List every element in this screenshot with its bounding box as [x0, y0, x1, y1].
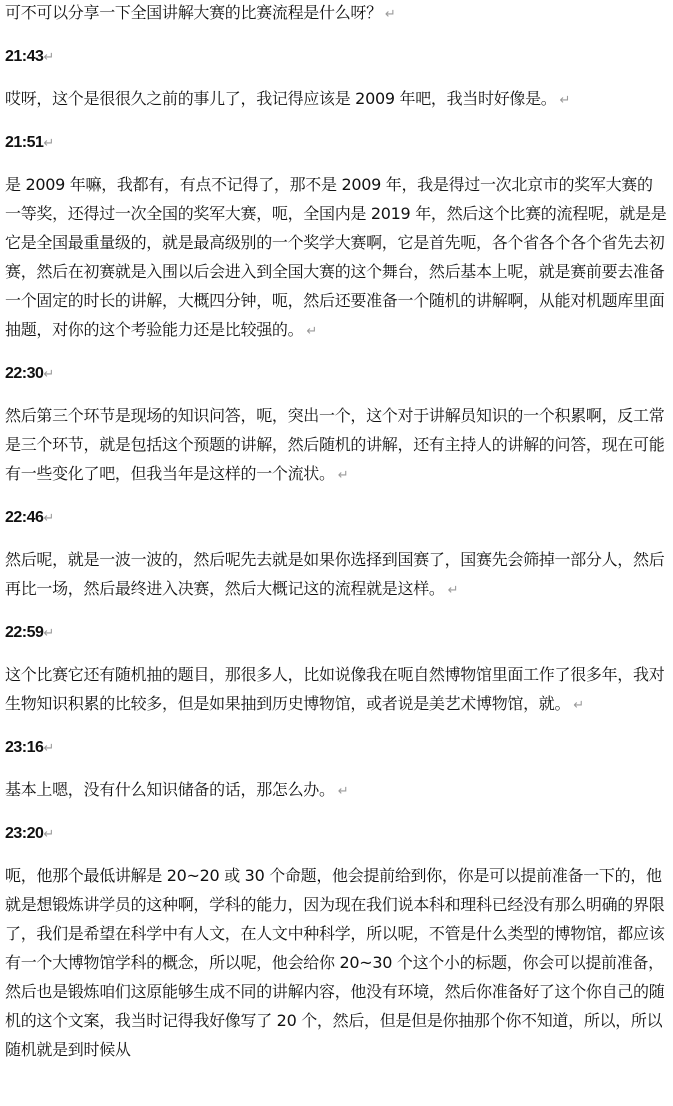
answer-paragraph: 是 2009 年嘛，我都有，有点不记得了，那不是 2009 年，我是得过一次北京… — [5, 170, 667, 346]
paragraph-mark-icon: ↵ — [385, 7, 396, 22]
paragraph-text: 然后第三个环节是现场的知识问答，呃，突出一个，这个对于讲解员知识的一个积累啊，反… — [5, 406, 664, 483]
answer-paragraph: 然后呢，就是一波一波的，然后呢先去就是如果你选择到国赛了，国赛先会筛掉一部分人，… — [5, 545, 667, 605]
paragraph-text: 然后呢，就是一波一波的，然后呢先去就是如果你选择到国赛了，国赛先会筛掉一部分人，… — [5, 550, 664, 598]
timestamp-text: 23:20 — [5, 825, 43, 842]
timestamp-text: 22:59 — [5, 624, 43, 641]
timestamp: 21:51↵ — [5, 128, 667, 157]
paragraph-mark-icon: ↵ — [43, 510, 53, 525]
transcript-document: 可不可以分享一下全国讲解大赛的比赛流程是什么呀？↵ 21:43↵ 哎呀，这个是很… — [0, 0, 673, 1064]
timestamp: 22:30↵ — [5, 359, 667, 388]
paragraph-mark-icon: ↵ — [560, 93, 571, 108]
timestamp: 22:46↵ — [5, 503, 667, 532]
timestamp-text: 22:46 — [5, 509, 43, 526]
answer-paragraph: 基本上嗯，没有什么知识储备的话，那怎么办。↵ — [5, 775, 667, 806]
timestamp: 23:16↵ — [5, 733, 667, 762]
answer-paragraph: 哎呀，这个是很很久之前的事儿了，我记得应该是 2009 年吧，我当时好像是。↵ — [5, 84, 667, 115]
paragraph-mark-icon: ↵ — [43, 135, 53, 150]
paragraph-text: 呃，他那个最低讲解是 20~20 或 30 个命题，他会提前给到你，你是可以提前… — [5, 866, 664, 1059]
timestamp-text: 21:51 — [5, 134, 43, 151]
paragraph-mark-icon: ↵ — [306, 324, 317, 339]
paragraph-mark-icon: ↵ — [43, 366, 53, 381]
timestamp-text: 23:16 — [5, 739, 43, 756]
paragraph-mark-icon: ↵ — [448, 583, 459, 598]
paragraph-text: 哎呀，这个是很很久之前的事儿了，我记得应该是 2009 年吧，我当时好像是。 — [5, 89, 557, 108]
timestamp-text: 21:43 — [5, 48, 43, 65]
paragraph-text: 可不可以分享一下全国讲解大赛的比赛流程是什么呀？ — [5, 3, 382, 22]
paragraph-mark-icon: ↵ — [43, 740, 53, 755]
paragraph-text: 是 2009 年嘛，我都有，有点不记得了，那不是 2009 年，我是得过一次北京… — [5, 175, 666, 339]
paragraph-mark-icon: ↵ — [43, 49, 53, 64]
paragraph-mark-icon: ↵ — [43, 625, 53, 640]
paragraph-mark-icon: ↵ — [43, 826, 53, 841]
paragraph-text: 基本上嗯，没有什么知识储备的话，那怎么办。 — [5, 780, 335, 799]
answer-paragraph: 这个比赛它还有随机抽的题目，那很多人，比如说像我在呃自然博物馆里面工作了很多年，… — [5, 660, 667, 720]
paragraph-mark-icon: ↵ — [338, 468, 349, 483]
question-paragraph: 可不可以分享一下全国讲解大赛的比赛流程是什么呀？↵ — [5, 0, 667, 29]
paragraph-mark-icon: ↵ — [338, 784, 349, 799]
answer-paragraph: 呃，他那个最低讲解是 20~20 或 30 个命题，他会提前给到你，你是可以提前… — [5, 861, 667, 1064]
timestamp-text: 22:30 — [5, 365, 43, 382]
timestamp: 21:43↵ — [5, 42, 667, 71]
answer-paragraph: 然后第三个环节是现场的知识问答，呃，突出一个，这个对于讲解员知识的一个积累啊，反… — [5, 401, 667, 490]
paragraph-mark-icon: ↵ — [573, 698, 584, 713]
paragraph-text: 这个比赛它还有随机抽的题目，那很多人，比如说像我在呃自然博物馆里面工作了很多年，… — [5, 665, 664, 713]
timestamp: 22:59↵ — [5, 618, 667, 647]
timestamp: 23:20↵ — [5, 819, 667, 848]
